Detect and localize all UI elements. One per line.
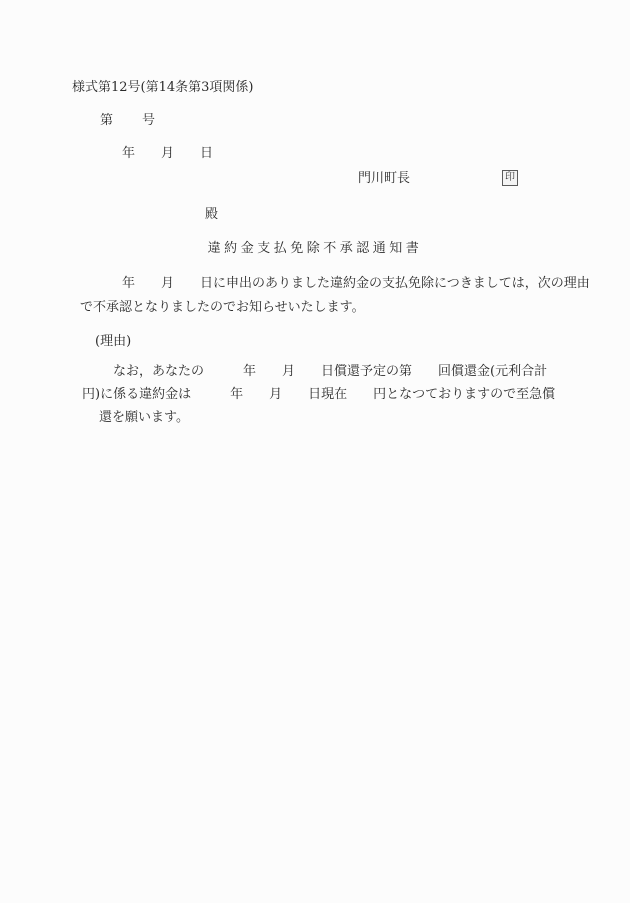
issue-date-blank-line: 年 月 日	[122, 147, 213, 161]
body-paragraph-line-1: 年 月 日に申出のありました違約金の支払免除につきましては，次の理由	[122, 277, 590, 291]
body-paragraph-line-2: で不承認となりましたのでお知らせいたします。	[80, 301, 365, 315]
note-paragraph-line-1: なお，あなたの 年 月 日償還予定の第 回償還金(元利合計	[113, 365, 547, 379]
note-paragraph-line-3: 還を願います。	[99, 411, 189, 425]
form-number-label: 様式第12号(第14条第3項関係)	[72, 81, 254, 95]
reason-section-label: (理由)	[95, 335, 131, 349]
document-title: 違約金支払免除不承認通知書	[0, 237, 630, 256]
seal-character: 印	[505, 172, 515, 183]
sender-mayor-name: 門川町長	[358, 172, 410, 186]
document-number-blank-line: 第 号	[100, 114, 156, 128]
addressee-honorific: 殿	[205, 208, 218, 222]
note-paragraph-line-2: 円)に係る違約金は 年 月 日現在 円となつておりますので至急償	[82, 388, 555, 402]
official-seal-stamp-box: 印	[502, 170, 518, 186]
notice-document-page: 様式第12号(第14条第3項関係) 第 号 年 月 日 門川町長 印 殿 違約金…	[0, 0, 630, 903]
